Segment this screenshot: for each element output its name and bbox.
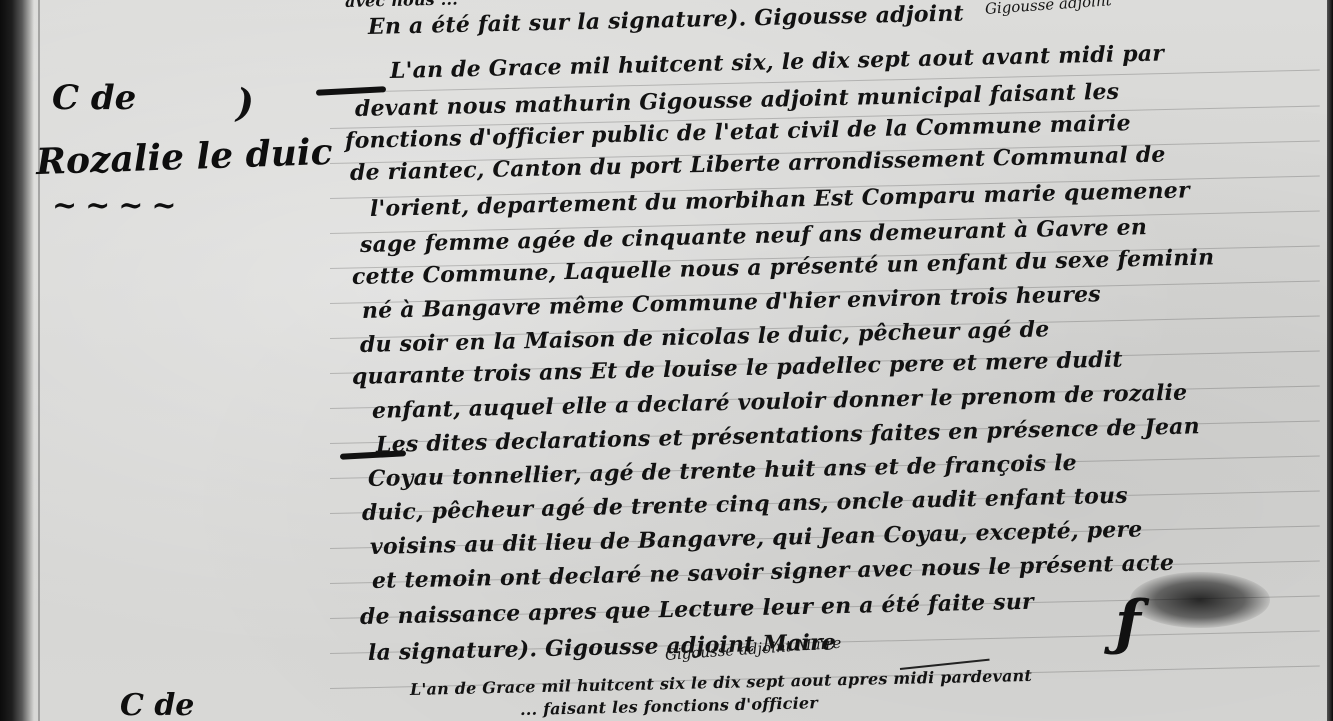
signature-top: Gigousse adjoint [984, 0, 1112, 18]
text-line-21: ... faisant les fonctions d'officier [520, 693, 818, 719]
right-page-edge [1327, 0, 1333, 721]
paragraph-mark [316, 86, 386, 96]
ink-blot [1130, 572, 1270, 628]
text-line-20: L'an de Grace mil huitcent six le dix se… [410, 666, 1032, 699]
page-binding-gutter [0, 0, 34, 721]
text-line-2: L'an de Grace mil huitcent six, le dix s… [390, 40, 1165, 84]
margin-paren-flourish: ) [236, 80, 254, 125]
margin-note-name: Rozalie le duic [35, 131, 333, 183]
scanned-register-page: C de ) Rozalie le duic ~~~~ C de avec no… [0, 0, 1333, 721]
gutter-fold-line [38, 0, 40, 721]
text-line-0: avec nous ... [345, 0, 458, 11]
margin-note-next-entry: C de [120, 688, 194, 721]
margin-note-header: C de [52, 78, 136, 118]
large-f-flourish: ƒ [1115, 588, 1141, 658]
margin-underline-flourish: ~~~~ [52, 188, 185, 223]
text-line-18: de naissance apres que Lecture leur en a… [360, 589, 1034, 630]
